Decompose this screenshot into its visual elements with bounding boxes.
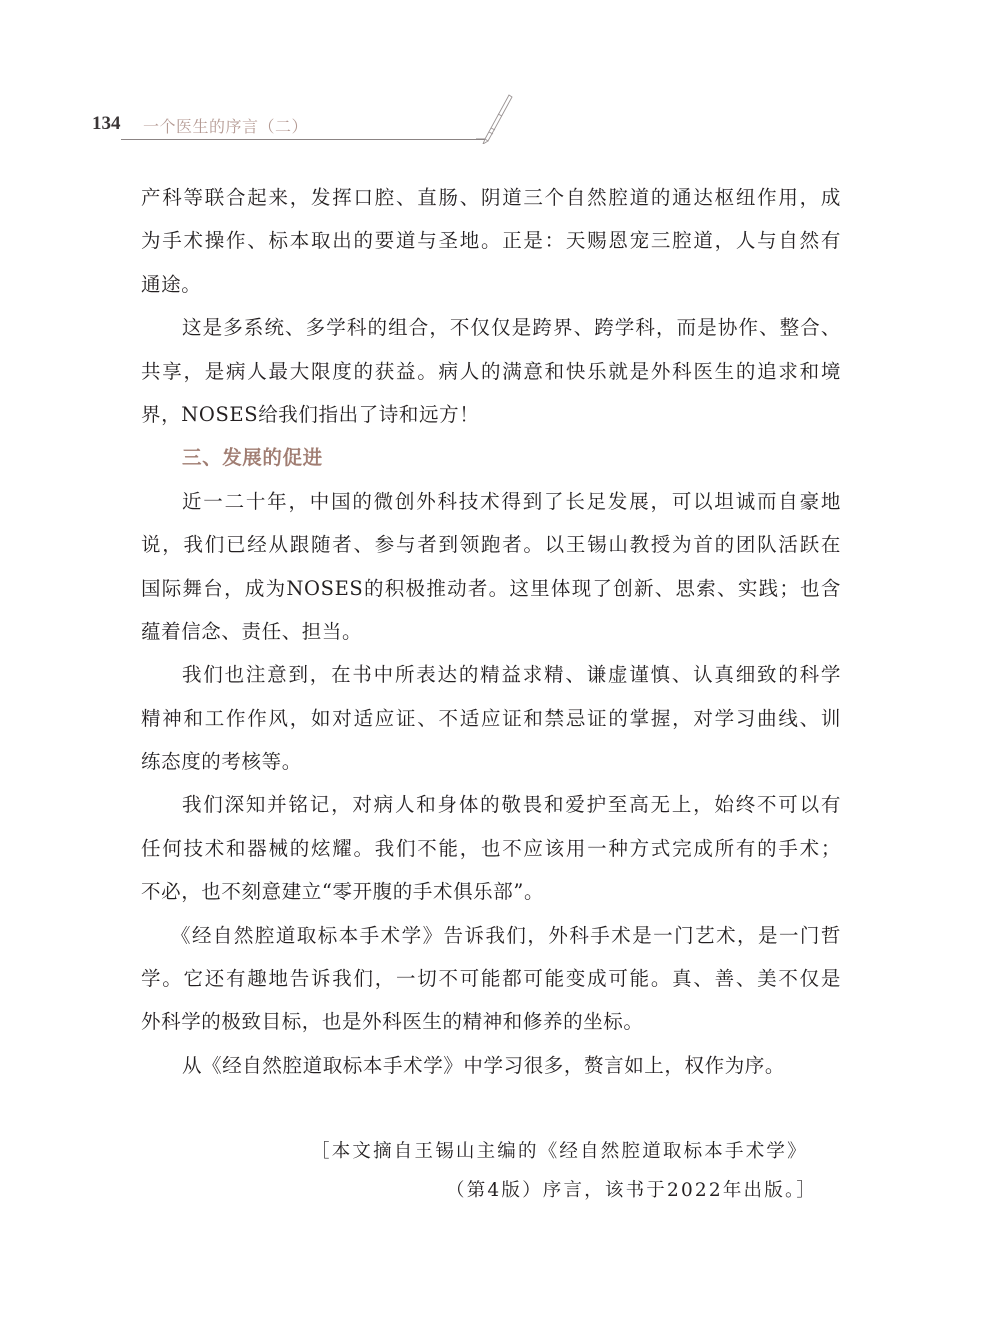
text-line: 共享，是病人最大限度的获益。病人的满意和快乐就是外科医生的追求和境 [141, 354, 841, 397]
text-line: 精神和工作作风，如对适应证、不适应证和禁忌证的掌握，对学习曲线、训 [141, 701, 841, 744]
text-line: 从《经自然腔道取标本手术学》中学习很多，赘言如上，权作为序。 [141, 1048, 841, 1091]
text-line: 说，我们已经从跟随者、参与者到领跑者。以王锡山教授为首的团队活跃在 [141, 527, 841, 570]
text-line: 外科学的极致目标，也是外科医生的精神和修养的坐标。 [141, 1004, 841, 1047]
text-line: 这是多系统、多学科的组合，不仅仅是跨界、跨学科，而是协作、整合、 [141, 310, 841, 353]
header-divider [121, 139, 485, 140]
paragraph: 我们也注意到，在书中所表达的精益求精、谦虚谨慎、认真细致的科学 精神和工作作风，… [141, 657, 841, 787]
text-line: 不必，也不刻意建立“零开腹的手术俱乐部”。 [141, 874, 841, 917]
paragraph: 我们深知并铭记，对病人和身体的敬畏和爱护至高无上，始终不可以有 任何技术和器械的… [141, 787, 841, 917]
text-line: 界，NOSES给我们指出了诗和远方！ [141, 397, 841, 440]
source-note-line-2: （第4版）序言，该书于2022年出版。］ [446, 1176, 817, 1202]
text-line: 蕴着信念、责任、担当。 [141, 614, 841, 657]
text-line: 我们也注意到，在书中所表达的精益求精、谦虚谨慎、认真细致的科学 [141, 657, 841, 700]
source-note-line-1: ［本文摘自王锡山主编的《经自然腔道取标本手术学》 [311, 1137, 808, 1163]
pen-icon [476, 92, 516, 144]
text-line: 《经自然腔道取标本手术学》告诉我们，外科手术是一门艺术，是一门哲 [141, 918, 841, 961]
text-line: 国际舞台，成为NOSES的积极推动者。这里体现了创新、思索、实践；也含 [141, 571, 841, 614]
text-line: 练态度的考核等。 [141, 744, 841, 787]
text-line: 近一二十年，中国的微创外科技术得到了长足发展，可以坦诚而自豪地 [141, 484, 841, 527]
paragraph: 《经自然腔道取标本手术学》告诉我们，外科手术是一门艺术，是一门哲 学。它还有趣地… [141, 918, 841, 1048]
text-line: 通途。 [141, 267, 841, 310]
paragraph: 近一二十年，中国的微创外科技术得到了长足发展，可以坦诚而自豪地 说，我们已经从跟… [141, 484, 841, 658]
text-line: 学。它还有趣地告诉我们，一切不可能都可能变成可能。真、善、美不仅是 [141, 961, 841, 1004]
text-line: 产科等联合起来，发挥口腔、直肠、阴道三个自然腔道的通达枢纽作用，成 [141, 180, 841, 223]
running-title: 一个医生的序言（二） [143, 114, 308, 137]
page-header: 134 一个医生的序言（二） [0, 0, 998, 160]
paragraph: 从《经自然腔道取标本手术学》中学习很多，赘言如上，权作为序。 [141, 1048, 841, 1091]
text-line: 我们深知并铭记，对病人和身体的敬畏和爱护至高无上，始终不可以有 [141, 787, 841, 830]
page-body: 产科等联合起来，发挥口腔、直肠、阴道三个自然腔道的通达枢纽作用，成 为手术操作、… [141, 180, 841, 1091]
text-line: 任何技术和器械的炫耀。我们不能，也不应该用一种方式完成所有的手术； [141, 831, 841, 874]
section-heading: 三、发展的促进 [141, 440, 841, 483]
text-line: 为手术操作、标本取出的要道与圣地。正是：天赐恩宠三腔道，人与自然有 [141, 223, 841, 266]
paragraph: 这是多系统、多学科的组合，不仅仅是跨界、跨学科，而是协作、整合、 共享，是病人最… [141, 310, 841, 440]
page-number: 134 [92, 113, 121, 135]
paragraph: 产科等联合起来，发挥口腔、直肠、阴道三个自然腔道的通达枢纽作用，成 为手术操作、… [141, 180, 841, 310]
